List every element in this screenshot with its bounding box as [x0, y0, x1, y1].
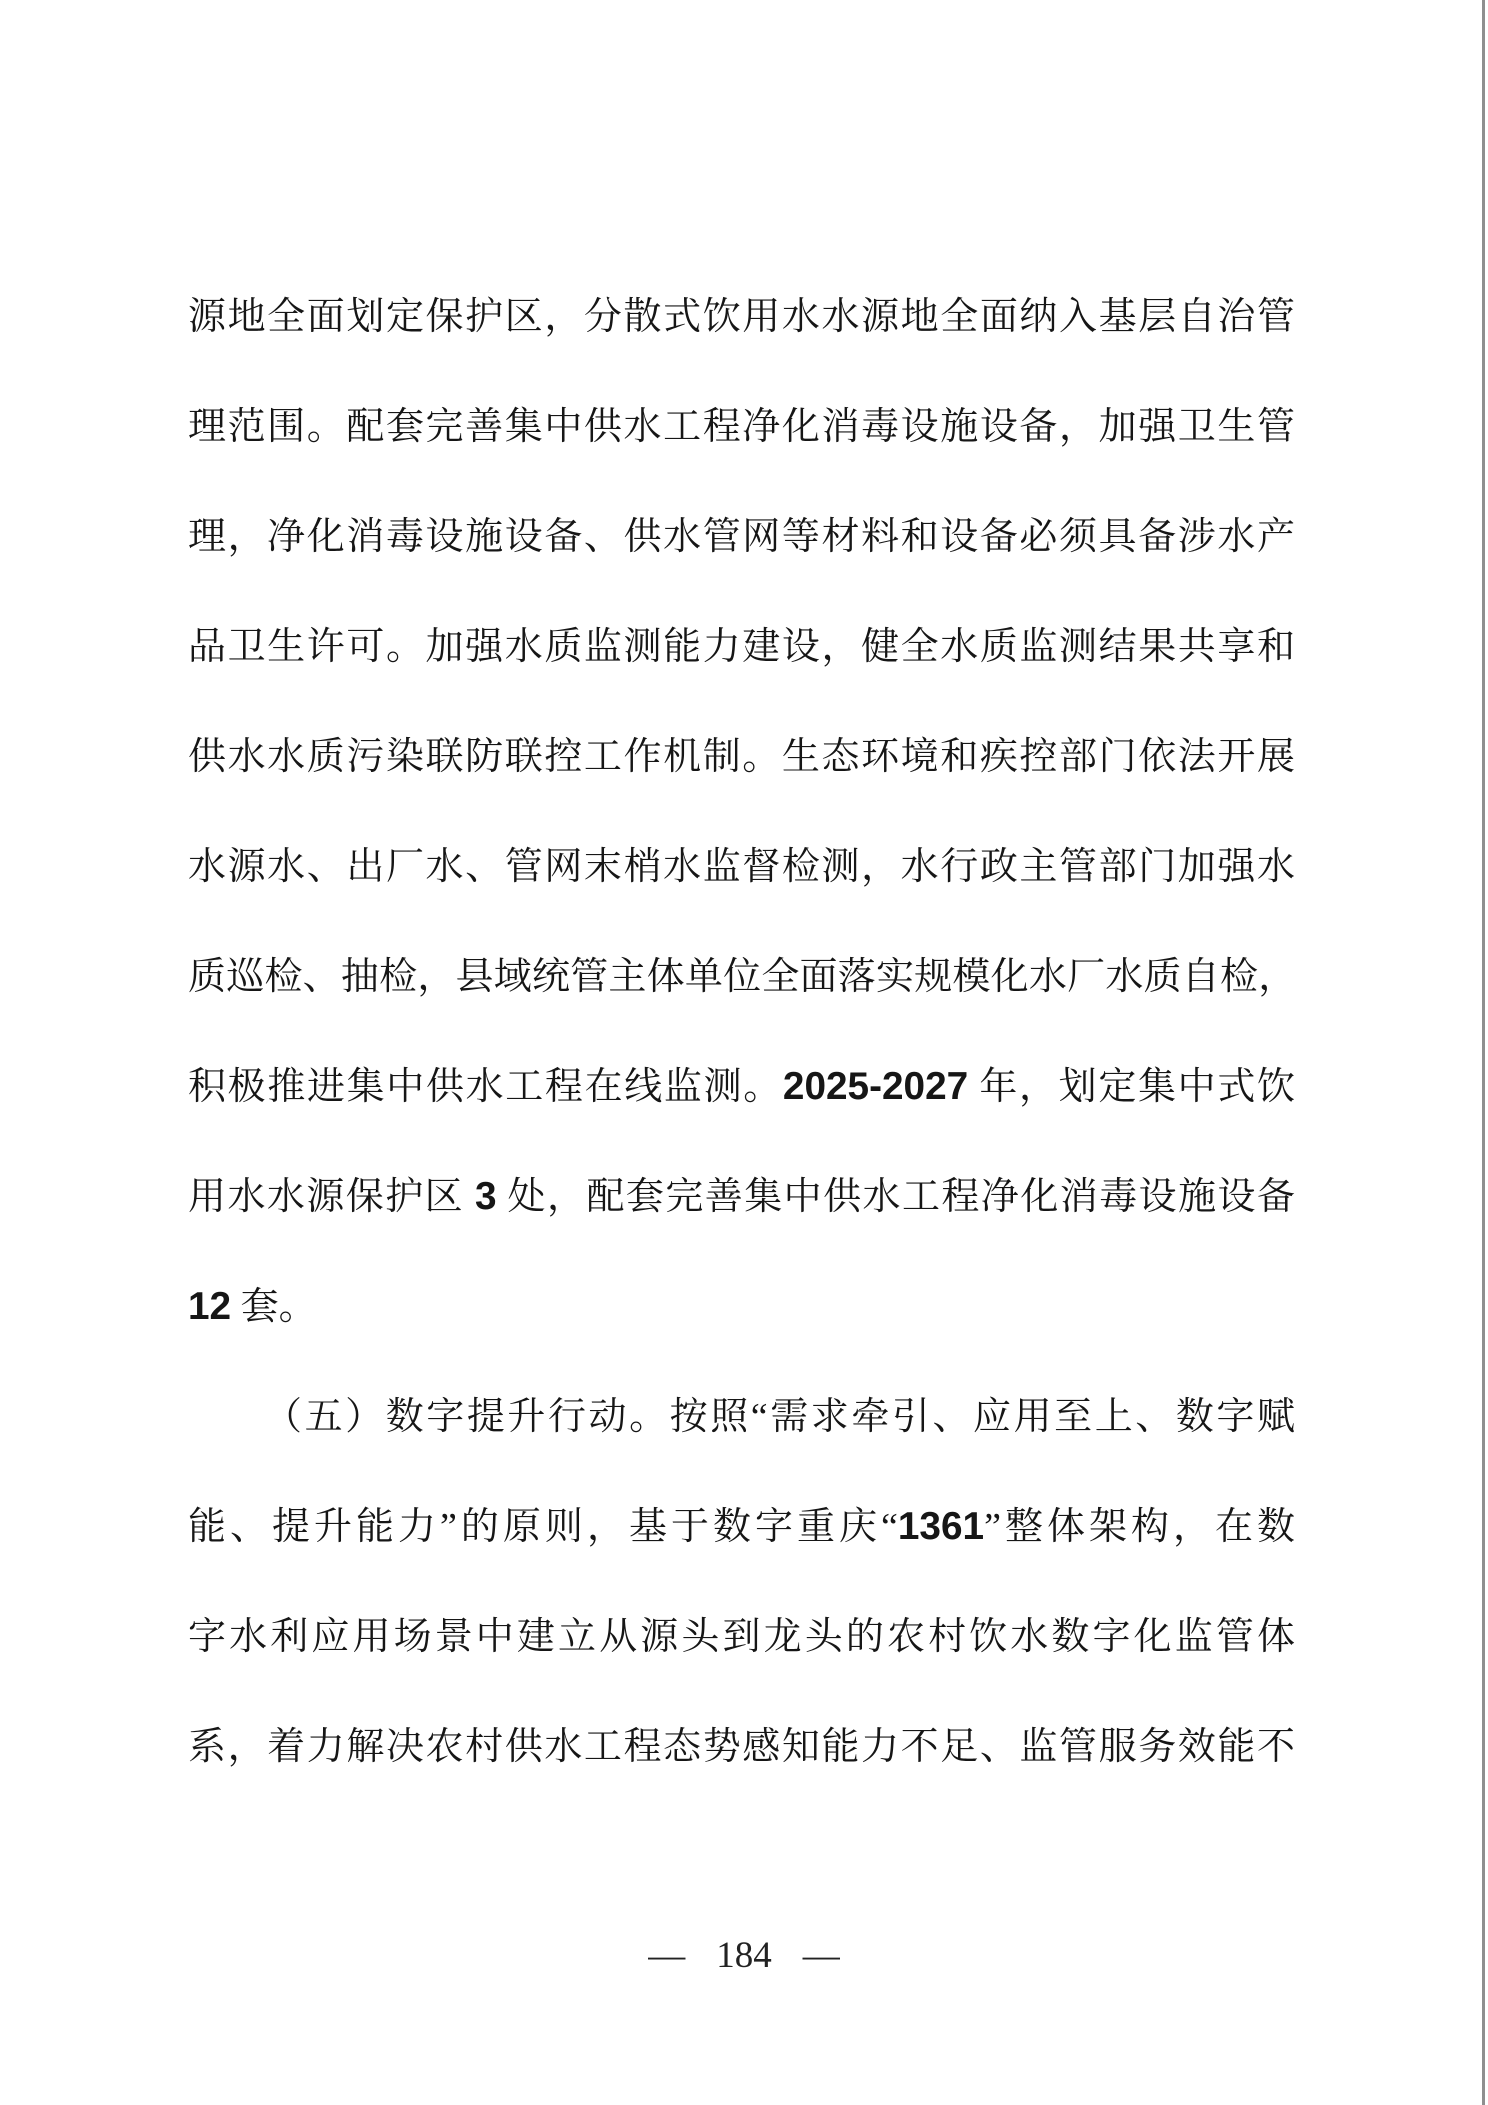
text-run: ”整体架构，在数	[984, 1506, 1295, 1548]
footer-dash-right: —	[803, 1936, 840, 1976]
text-line-8: 积极推进集中供水工程在线监测。2025-2027 年，划定集中式饮	[188, 1032, 1295, 1142]
text-run: 理范围。配套完善集中供水工程净化消毒设施设备，加强卫生管	[188, 406, 1295, 448]
text-run: 理，净化消毒设施设备、供水管网等材料和设备必须具备涉水产	[188, 516, 1295, 558]
numeric-run: 3	[475, 1175, 497, 1218]
footer-dash-left: —	[648, 1936, 685, 1976]
text-line-2: 理范围。配套完善集中供水工程净化消毒设施设备，加强卫生管	[188, 372, 1295, 482]
text-line-12: 能、提升能力”的原则，基于数字重庆“1361”整体架构，在数	[188, 1472, 1295, 1582]
text-line-7: 质巡检、抽检，县域统管主体单位全面落实规模化水厂水质自检，	[188, 922, 1295, 1032]
text-line-9: 用水水源保护区 3 处，配套完善集中供水工程净化消毒设施设备	[188, 1142, 1295, 1252]
numeric-run: 12	[188, 1285, 231, 1328]
page-number: 184	[716, 1936, 772, 1976]
text-run: 系，着力解决农村供水工程态势感知能力不足、监管服务效能不	[188, 1726, 1295, 1768]
text-line-13: 字水利应用场景中建立从源头到龙头的农村饮水数字化监管体	[188, 1582, 1295, 1692]
text-line-10: 12 套。	[188, 1252, 1295, 1362]
text-run: 积极推进集中供水工程在线监测。	[188, 1066, 783, 1108]
text-line-3: 理，净化消毒设施设备、供水管网等材料和设备必须具备涉水产	[188, 482, 1295, 592]
text-run: 用水水源保护区	[188, 1176, 475, 1218]
text-run: 质巡检、抽检，县域统管主体单位全面落实规模化水厂水质自检，	[188, 956, 1295, 998]
text-run: 源地全面划定保护区，分散式饮用水水源地全面纳入基层自治管	[188, 296, 1295, 338]
page-scan-edge	[1482, 0, 1485, 2105]
text-run: 处，配套完善集中供水工程净化消毒设施设备	[497, 1176, 1295, 1218]
text-run: 品卫生许可。加强水质监测能力建设，健全水质监测结果共享和	[188, 626, 1295, 668]
text-run: 字水利应用场景中建立从源头到龙头的农村饮水数字化监管体	[188, 1616, 1295, 1658]
text-line-11: （五）数字提升行动。按照“需求牵引、应用至上、数字赋	[188, 1362, 1295, 1472]
numeric-run: 1361	[898, 1505, 984, 1548]
text-block: 源地全面划定保护区，分散式饮用水水源地全面纳入基层自治管理范围。配套完善集中供水…	[188, 262, 1295, 1802]
document-page: { "page": { "background": "#ffffff", "ed…	[0, 0, 1488, 2105]
text-run: 年，划定集中式饮	[968, 1066, 1295, 1108]
text-run: 套。	[231, 1286, 317, 1328]
text-run: 能、提升能力”的原则，基于数字重庆“	[188, 1506, 898, 1548]
text-run: 供水水质污染联防联控工作机制。生态环境和疾控部门依法开展	[188, 736, 1295, 778]
text-line-4: 品卫生许可。加强水质监测能力建设，健全水质监测结果共享和	[188, 592, 1295, 702]
text-line-14: 系，着力解决农村供水工程态势感知能力不足、监管服务效能不	[188, 1692, 1295, 1802]
text-line-1: 源地全面划定保护区，分散式饮用水水源地全面纳入基层自治管	[188, 262, 1295, 372]
text-run: （五）数字提升行动。按照“需求牵引、应用至上、数字赋	[264, 1396, 1295, 1438]
text-line-6: 水源水、出厂水、管网末梢水监督检测，水行政主管部门加强水	[188, 812, 1295, 922]
text-line-5: 供水水质污染联防联控工作机制。生态环境和疾控部门依法开展	[188, 702, 1295, 812]
numeric-run: 2025-2027	[783, 1065, 968, 1108]
text-run: 水源水、出厂水、管网末梢水监督检测，水行政主管部门加强水	[188, 846, 1295, 888]
page-footer: — 184 —	[0, 1936, 1488, 1976]
